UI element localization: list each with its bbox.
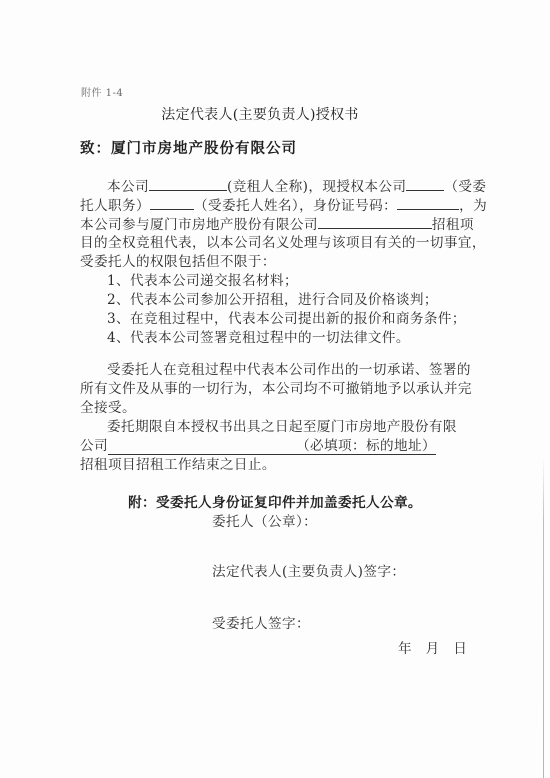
text-segment: 托人职务） <box>80 198 150 214</box>
legal-rep-signature-field: 法定代表人(主要负责人)签字： <box>212 560 405 580</box>
paragraph-line: 托人职务）（受委托人姓名），身份证号码：，为 <box>80 196 462 215</box>
date-year: 年 <box>398 637 412 657</box>
authorization-paragraph: 本公司(竞租人全称)，现授权本公司（受委 托人职务）（受委托人姓名），身份证号码… <box>80 177 462 348</box>
date-field: 年月日 <box>398 637 467 657</box>
text-segment: 公司 <box>80 438 108 454</box>
principal-seal-field: 委托人（公章）： <box>212 510 317 530</box>
paragraph-line: 委托期限自本授权书出具之日起至厦门市房地产股份有限 <box>80 418 462 437</box>
authority-item: 4、代表本公司签署竞租过程中的一切法律文件。 <box>80 329 462 348</box>
project-name-blank[interactable] <box>318 215 432 229</box>
date-day: 日 <box>453 637 467 657</box>
agent-signature-field: 受委托人签字： <box>212 612 310 632</box>
text-segment: 本公司参与厦门市房地产股份有限公司 <box>80 217 318 233</box>
text-segment: 本公司 <box>107 179 149 195</box>
attachment-note: 附：受委托人身份证复印件并加盖委托人公章。 <box>0 491 550 511</box>
attachment-label: 附件 1-4 <box>81 84 123 99</box>
paragraph-line: 受委托人的权限包括但不限于： <box>80 253 462 272</box>
paragraph-line: 受委托人在竞租过程中代表本公司作出的一切承诺、签署的 <box>80 361 462 380</box>
text-segment: （受委 <box>444 179 486 195</box>
paragraph-line: 本公司(竞租人全称)，现授权本公司（受委 <box>80 177 462 196</box>
paragraph-line: 公司（必填项：标的地址） <box>80 437 462 456</box>
text-segment: ，为 <box>459 198 487 214</box>
addressee: 致：厦门市房地产股份有限公司 <box>80 137 297 158</box>
date-month: 月 <box>426 637 440 657</box>
paragraph-line: 招租项目招租工作结束之日止。 <box>80 456 462 475</box>
paragraph-line: 目的全权竞租代表，以本公司名义处理与该项目有关的一切事宜， <box>80 234 462 253</box>
document-page: 附件 1-4 法定代表人(主要负责人)授权书 致：厦门市房地产股份有限公司 本公… <box>0 0 550 778</box>
target-address-field[interactable]: （必填项：标的地址） <box>108 438 436 455</box>
id-number-blank[interactable] <box>397 196 459 210</box>
paragraph-line: 全接受。 <box>80 399 462 418</box>
acknowledgement-paragraph: 受委托人在竞租过程中代表本公司作出的一切承诺、签署的 所有文件及从事的一切行为，… <box>80 361 462 475</box>
authority-item: 1、代表本公司递交报名材料； <box>80 272 462 291</box>
agent-name-blank[interactable] <box>150 196 194 210</box>
bidder-name-blank[interactable] <box>149 177 227 191</box>
paragraph-line: 所有文件及从事的一切行为，本公司均不可撤销地予以承认并完 <box>80 380 462 399</box>
text-segment: （受委托人姓名），身份证号码： <box>194 198 397 214</box>
paragraph-line: 本公司参与厦门市房地产股份有限公司招租项 <box>80 215 462 234</box>
text-segment: 招租项 <box>432 217 474 233</box>
document-title: 法定代表人(主要负责人)授权书 <box>0 104 520 124</box>
agent-position-blank[interactable] <box>406 177 444 191</box>
authority-item: 3、在竞租过程中，代表本公司提出新的报价和商务条件； <box>80 310 462 329</box>
authority-item: 2、代表本公司参加公开招租，进行合同及价格谈判； <box>80 291 462 310</box>
field-hint: （必填项：标的地址） <box>296 438 436 454</box>
text-segment: (竞租人全称)，现授权本公司 <box>227 179 406 195</box>
